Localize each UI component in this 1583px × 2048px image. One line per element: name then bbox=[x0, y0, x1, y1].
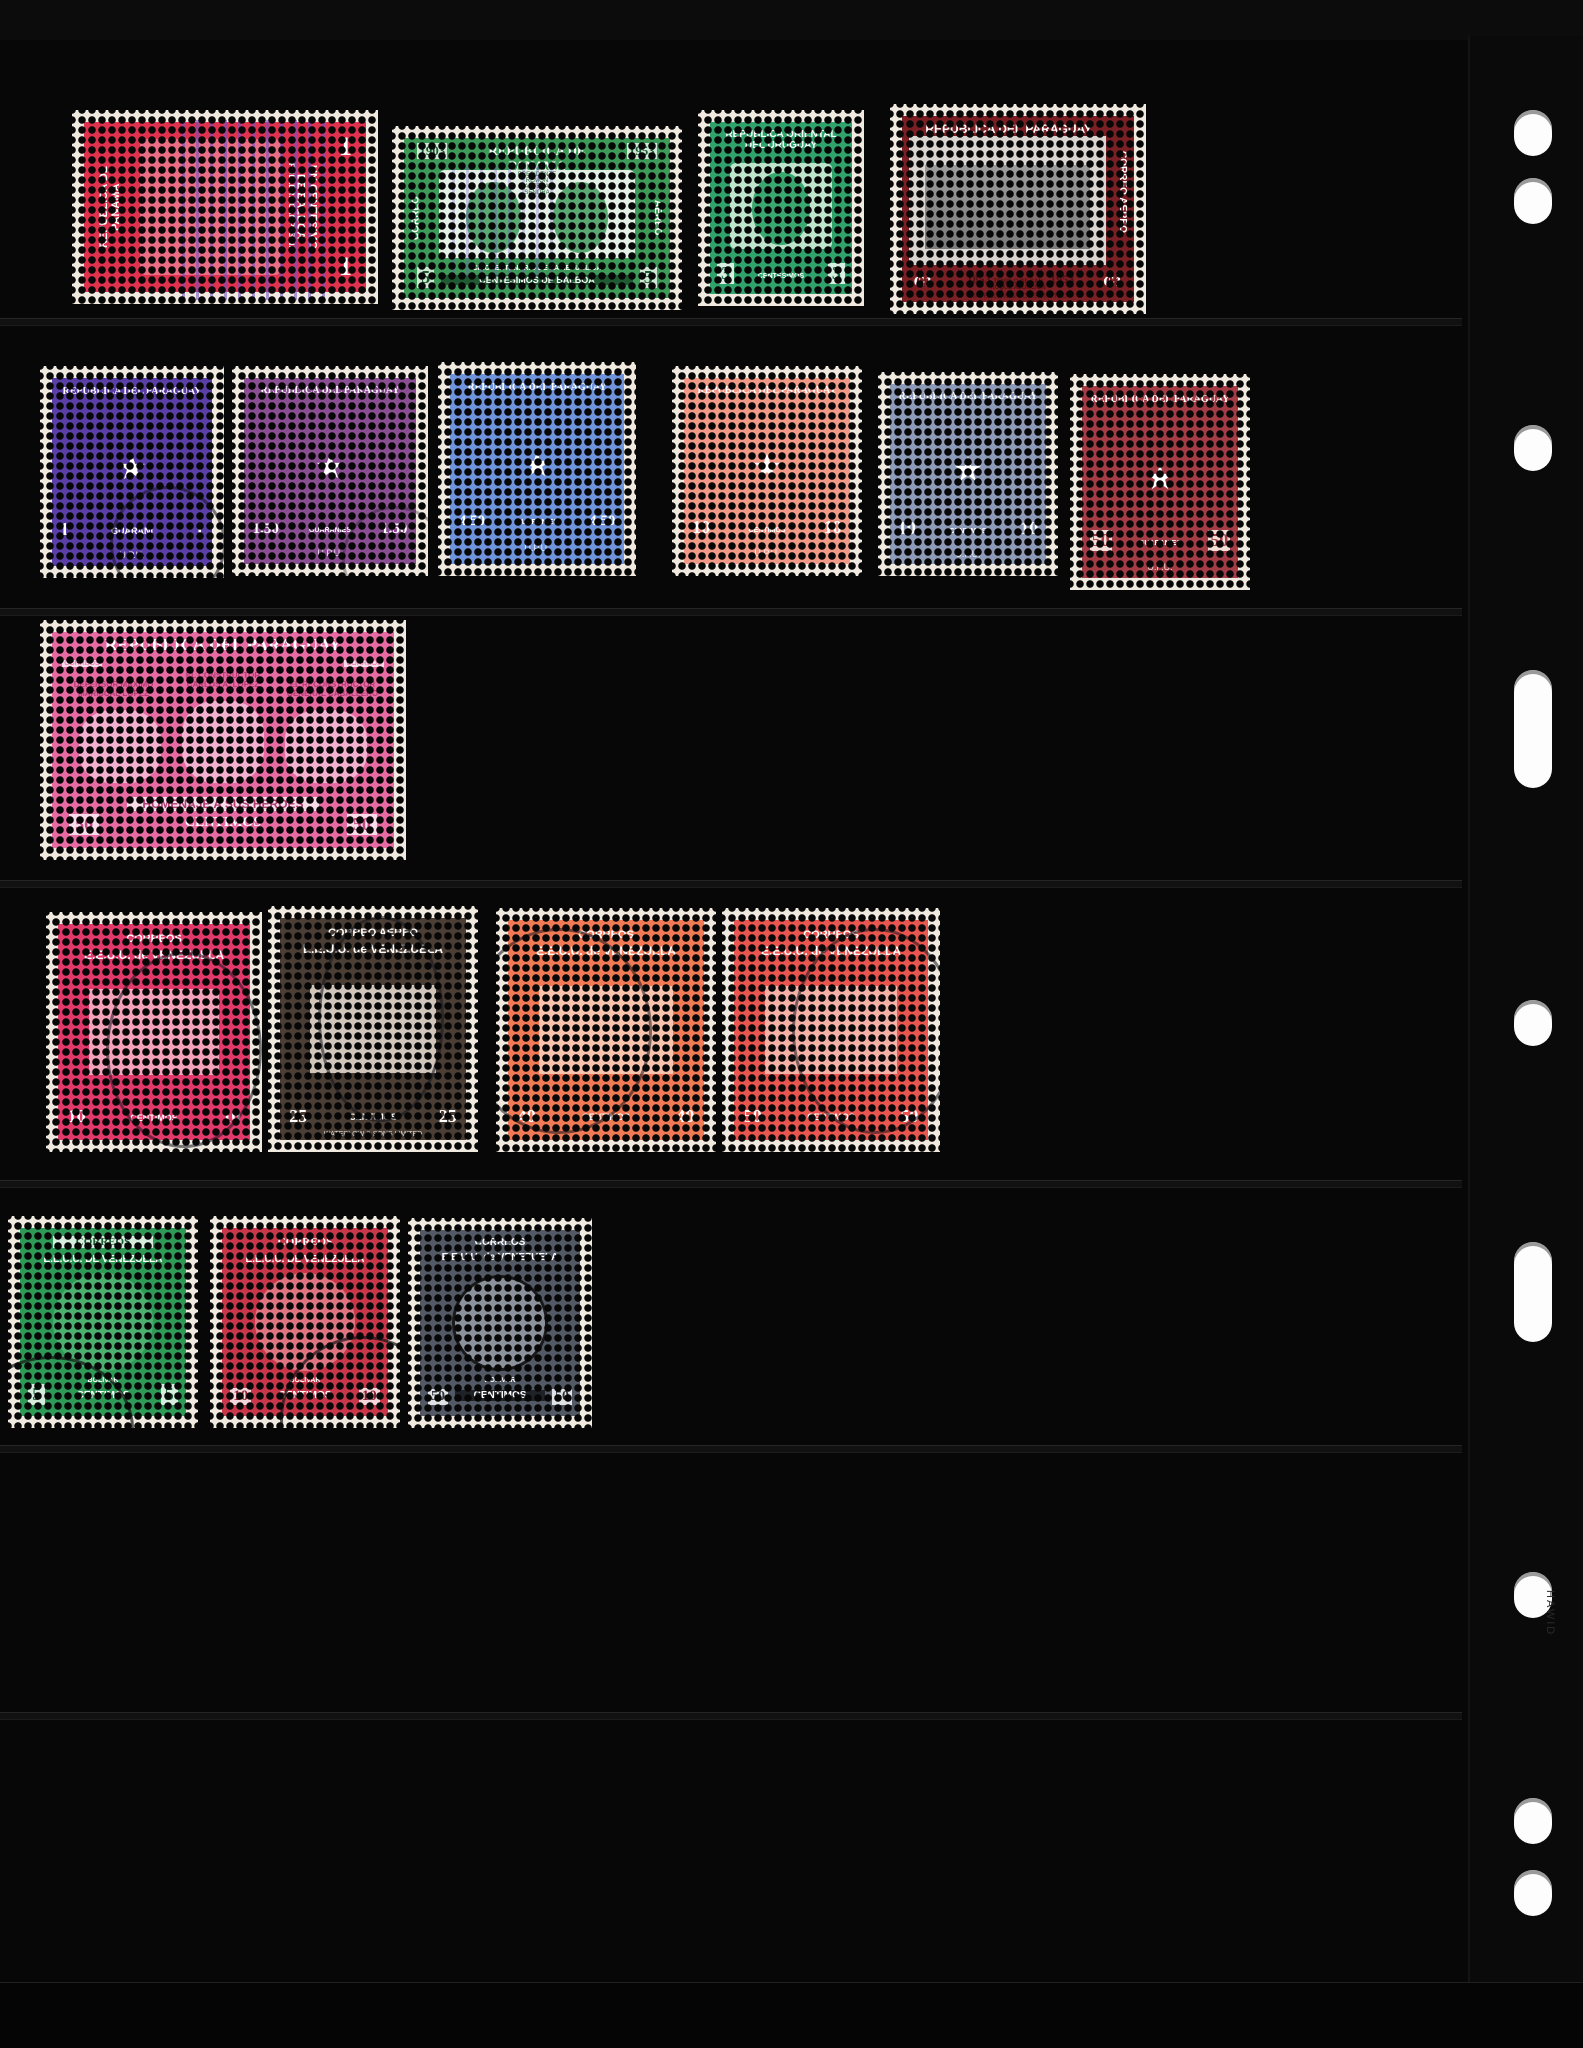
stamp-value: 50 bbox=[428, 1389, 448, 1405]
post-office-illustration bbox=[539, 986, 672, 1074]
stamp-side-right: AEREO bbox=[651, 170, 665, 266]
stamp-value: 1 bbox=[195, 519, 204, 540]
stamp-country: E.E.U.U. de VENEZUELA bbox=[66, 948, 243, 962]
stamp-paraguay-10c-grey[interactable]: REPUBLICA DEL PARAGUAY ★ 10 10 CENTIMOS … bbox=[878, 372, 1058, 576]
stamp-value: 3 bbox=[717, 263, 734, 284]
stamp-paraguay-10c-salmon[interactable]: REPUBLICA DEL PARAGUAY ★ 10 10 CENTIMOS … bbox=[672, 366, 862, 576]
stamp-subtitle: CINCUENTENARIO DE LA REPUBLICA bbox=[441, 265, 633, 272]
stamp-value: 5 bbox=[417, 267, 434, 288]
portrait-bolivar bbox=[452, 1275, 548, 1372]
stamp-name: BOLIVAR bbox=[455, 1377, 545, 1384]
strip-divider bbox=[0, 318, 1462, 326]
stamp-caption: PRESIDENTE REMON CANTERA Y SEÑORA bbox=[513, 172, 560, 196]
strip-divider bbox=[0, 1445, 1462, 1453]
stamp-value: 1.50 bbox=[253, 521, 279, 538]
stamp-design: CORREOS E.E.U.U. DE VENEZUELA BOLIVAR 10… bbox=[222, 1228, 388, 1416]
stamp-venezuela-40c[interactable]: CORREOS E.E.U.U. de VENEZUELA 40 40 CENT… bbox=[496, 908, 716, 1152]
stamp-country: E.E.U.U. de VENEZUELA bbox=[516, 944, 696, 958]
stamp-value: ₲1 bbox=[1103, 274, 1122, 291]
stamp-value: 10 bbox=[1020, 518, 1038, 539]
stamp-design: REPUBLICA DE PANAMA 1903 1953 CORREO AER… bbox=[404, 138, 670, 298]
stamp-paraguay-1g[interactable]: REPUBLICA DEL PARAGUAY ★ 1 1 GUARANI U.P… bbox=[40, 366, 224, 578]
stamp-value: 10 bbox=[222, 1106, 240, 1127]
stamp-design: REPUBLICA DEL PARAGUAY ★ 1.50 1.50 GUARA… bbox=[244, 378, 416, 564]
stamp-uruguay-3c[interactable]: REPUBLICA ORIENTAL DEL URUGUAY 3 3 CENTE… bbox=[698, 110, 864, 306]
stamp-country: REPUBLICA DEL PARAGUAY bbox=[911, 123, 1106, 136]
stamp-side-left: CORREO bbox=[409, 170, 423, 266]
stamp-line1: CORREOS bbox=[426, 1237, 573, 1248]
stamp-design: REPUBLICA DEL PARAGUAY ★ 10 10 CENTIMOS … bbox=[684, 378, 850, 564]
stamp-currency: CENTIMOS bbox=[924, 528, 1011, 535]
stamp-value: 50 bbox=[744, 1106, 762, 1127]
stamp-design: CORREO AEREO E.E.U.U. de VENEZUELA 25 25… bbox=[280, 918, 466, 1140]
stamp-line1: CORREOS bbox=[229, 1236, 382, 1248]
stamp-name: BOLIVAR bbox=[57, 1377, 150, 1384]
stamp-currency: GUARANIES bbox=[282, 527, 378, 534]
stamp-value: 1 bbox=[60, 519, 69, 540]
panel-caption: DEFENSOR MAXIMO MARISCAL LOPEZ bbox=[62, 680, 165, 698]
stamp-design: REPUBLICA DEL PARAGUAY U.P.U. CORREO AER… bbox=[902, 116, 1134, 302]
stamp-venezuela-50c[interactable]: CORREOS E.E.U.U. de VENEZUELA 50 50 CENT… bbox=[722, 908, 940, 1152]
binder-hole-icon bbox=[1514, 178, 1552, 224]
stamp-venezuela-bolivar-10c[interactable]: CORREOS E.E.U.U. DE VENEZUELA BOLIVAR 10… bbox=[210, 1216, 400, 1428]
binder-hole-icon bbox=[1514, 1000, 1552, 1046]
stamp-currency: CENTIMOS bbox=[455, 1390, 545, 1401]
stamp-design: REPUBLICA DEL PARAGUAY ★ 10 10 CENTIMOS … bbox=[890, 384, 1046, 564]
stamp-currency: CENTIMOS bbox=[127, 815, 319, 831]
stamp-design: REPUBLICA DE PANAMA UN CENTESIMO DE BALB… bbox=[84, 122, 366, 292]
stamp-currency: CENTIMOS bbox=[551, 1112, 661, 1122]
stamp-currency: GUARANIES bbox=[488, 519, 585, 526]
stamp-country: E.E.U.U. DE VENEZUELA bbox=[229, 1254, 382, 1265]
stamp-venezuela-bolivar-50c[interactable]: CORREOS E.E.U.U. de VENEZUELA BOLIVAR 50… bbox=[408, 1218, 592, 1428]
stamp-design: CORREOS E.E.U.U. de VENEZUELA 50 50 CENT… bbox=[734, 920, 928, 1140]
portrait bbox=[182, 701, 264, 783]
stamp-country: REPUBLICA DE PANAMA bbox=[90, 156, 130, 258]
stamp-footer: U.P.U. bbox=[244, 548, 416, 558]
stamp-country: REPUBLICA DEL PARAGUAY bbox=[58, 386, 205, 397]
stamp-value: 5 bbox=[640, 267, 657, 288]
stamp-panama-5c-airmail[interactable]: REPUBLICA DE PANAMA 1903 1953 CORREO AER… bbox=[392, 126, 682, 310]
stamp-currency: CENTIMOS bbox=[100, 1113, 208, 1123]
stamp-year-right: 1953 bbox=[627, 143, 657, 159]
star-icon: ★ bbox=[1145, 461, 1175, 495]
stamp-currency: GUARANI bbox=[87, 526, 177, 536]
binder-hole-icon bbox=[1514, 1242, 1552, 1342]
post-office-illustration bbox=[310, 985, 437, 1074]
stamp-name: BOLIVAR bbox=[259, 1377, 352, 1384]
stamp-country: REPUBLICA DEL PARAGUAY bbox=[691, 385, 844, 396]
stamp-line1: CORREOS bbox=[53, 1236, 153, 1248]
stamp-value: 1 bbox=[339, 132, 352, 162]
stamp-value: 4.50 bbox=[459, 513, 485, 530]
strip-divider bbox=[0, 880, 1462, 888]
stamp-value: 10 bbox=[824, 517, 842, 538]
stamp-footer: U.P.U. bbox=[1082, 562, 1238, 572]
portrait bbox=[553, 182, 608, 252]
sheet-imprint: HAWID bbox=[1508, 1590, 1556, 1650]
stamp-footer: U.P.U. bbox=[450, 543, 624, 553]
stock-page: HAWID REPUBLICA DE PANAMA UN CENTESIMO D… bbox=[0, 0, 1583, 2048]
stamp-value: 50 bbox=[347, 814, 377, 835]
binder-hole-icon bbox=[1514, 110, 1552, 156]
stamp-printer: WATERLOW & SONS LIMITED bbox=[902, 293, 1134, 300]
stamp-currency: CENTIMOS bbox=[57, 1390, 150, 1401]
stamp-currency: CENTIMOS bbox=[259, 1390, 352, 1401]
panel-caption: EL RECONSTRUCTOR GENERAL CABALLERO bbox=[281, 680, 384, 698]
stamp-design: CORREOS E.E.U.U. DE VENEZUELA BOLIVAR 5 … bbox=[20, 1228, 186, 1416]
panel-caption: EL CONSTRUCTOR CARLOS A. LOPEZ bbox=[172, 671, 275, 689]
page-bottom-edge bbox=[0, 1982, 1583, 2048]
stamp-country: REPUBLICA DEL PARAGUAY bbox=[1088, 394, 1232, 405]
stamp-paraguay-airmail-upu[interactable]: REPUBLICA DEL PARAGUAY U.P.U. CORREO AER… bbox=[890, 104, 1146, 314]
stamp-footer: U.P.U. bbox=[890, 549, 1046, 559]
stamp-design: CORREOS E.E.U.U. de VENEZUELA 40 40 CENT… bbox=[508, 920, 704, 1140]
star-icon: ★ bbox=[953, 453, 983, 487]
page-top-edge bbox=[0, 0, 1583, 40]
stamp-vignette: PRESIDENTE REMON CANTERA Y SEÑORA bbox=[439, 170, 636, 258]
stamp-country: REPUBLICA DE PANAMA bbox=[463, 144, 612, 173]
binder-hole-icon bbox=[1514, 425, 1552, 471]
stamp-caption: HOMENAJE A SUS HEROES bbox=[127, 797, 319, 811]
binder-hole-icon bbox=[1514, 1870, 1552, 1916]
star-icon: ★ bbox=[315, 450, 345, 484]
stamp-paraguay-1-50g[interactable]: REPUBLICA DEL PARAGUAY ★ 1.50 1.50 GUARA… bbox=[232, 366, 428, 576]
stamp-line1: CORREOS bbox=[516, 929, 696, 941]
star-icon: ★ bbox=[522, 448, 552, 482]
stamp-vignette bbox=[909, 136, 1106, 264]
stamp-corner-text: CORREOS bbox=[62, 660, 101, 667]
portrait-bolivar bbox=[53, 1273, 153, 1371]
stamp-design: CORREOS E.E.U.U. de VENEZUELA 10 10 CENT… bbox=[58, 924, 250, 1140]
stamp-country: REPUBLICA DEL PARAGUAY bbox=[457, 382, 617, 393]
stamp-country: REPUBLICA ORIENTAL DEL URUGUAY bbox=[716, 129, 847, 151]
binder-hole-icon bbox=[1514, 670, 1552, 788]
stamp-design: REPUBLICA DEL PARAGUAY CORREOS CORREOS D… bbox=[52, 632, 394, 848]
stamp-caption: POLLERA CAMPESINA bbox=[284, 156, 298, 258]
stamp-value: 4.50 bbox=[589, 513, 615, 530]
stamp-year-left: 1903 bbox=[417, 143, 447, 159]
binder-hole-icon bbox=[1514, 1798, 1552, 1844]
stamp-value: 25 bbox=[439, 1106, 457, 1127]
stamp-value: ₲1 bbox=[914, 274, 933, 291]
stamp-footer: U.P.U. bbox=[684, 548, 850, 558]
stamp-country: REPUBLICA DEL PARAGUAY bbox=[66, 636, 381, 655]
stamp-value: 5 bbox=[161, 1384, 178, 1405]
stamp-vignette bbox=[140, 139, 281, 275]
stamp-vignette bbox=[730, 163, 832, 249]
stamp-currency: CENTIMOS bbox=[321, 1112, 425, 1122]
portrait bbox=[285, 710, 367, 783]
stamp-value: 50 bbox=[69, 814, 99, 835]
post-office-illustration bbox=[89, 989, 220, 1075]
stamp-value: 10 bbox=[692, 517, 710, 538]
stamp-footer: U.P.U. bbox=[52, 550, 212, 560]
stamp-currency: CENTESIMOS bbox=[741, 273, 821, 280]
stamp-country: E.E.U.U. de VENEZUELA bbox=[742, 944, 921, 958]
stamp-currency: CENTESIMOS DE BALBOA bbox=[441, 275, 633, 285]
strip-divider bbox=[0, 1180, 1462, 1188]
stamp-line1: CORREOS bbox=[66, 933, 243, 945]
stamp-value: 10 bbox=[68, 1106, 86, 1127]
strip-divider bbox=[0, 608, 1462, 616]
stamp-value: 40 bbox=[518, 1106, 536, 1127]
stamp-printer: WATERLOW & SONS LIMITED bbox=[280, 1131, 466, 1138]
post-office-illustration bbox=[765, 986, 897, 1074]
stamp-panama-1c[interactable]: REPUBLICA DE PANAMA UN CENTESIMO DE BALB… bbox=[72, 110, 378, 304]
stamp-venezuela-bolivar-5c[interactable]: CORREOS E.E.U.U. DE VENEZUELA BOLIVAR 5 … bbox=[8, 1216, 198, 1428]
stamp-value: 25 bbox=[289, 1106, 307, 1127]
stamp-value: 50 bbox=[900, 1106, 918, 1127]
strip-divider bbox=[0, 1712, 1462, 1720]
stamp-value: 50 bbox=[552, 1389, 572, 1405]
stamp-design: REPUBLICA DEL PARAGUAY ★ 1 1 GUARANI U.P… bbox=[52, 378, 212, 566]
stamp-paraguay-50g[interactable]: REPUBLICA DEL PARAGUAY ★ 50 50 GUARANIES… bbox=[1070, 374, 1250, 590]
star-icon: ★ bbox=[117, 451, 147, 485]
stamp-side-text: CORREO AEREO bbox=[1115, 123, 1129, 261]
stamp-country: REPUBLICA DEL PARAGUAY bbox=[251, 385, 409, 396]
stamp-value: 10 bbox=[359, 1388, 380, 1405]
stamp-design: CORREOS E.E.U.U. de VENEZUELA BOLIVAR 50… bbox=[420, 1230, 580, 1416]
stamp-country: E.E.U.U. de VENEZUELA bbox=[287, 942, 458, 956]
portrait bbox=[752, 172, 809, 245]
stamp-design: REPUBLICA DEL PARAGUAY ★ 4.50 4.50 GUARA… bbox=[450, 374, 624, 564]
stamp-value: 5 bbox=[28, 1384, 45, 1405]
stamp-currency: CENTIMOS bbox=[777, 1112, 886, 1122]
stamp-currency: GUARANIES bbox=[1116, 540, 1203, 547]
stamp-caption: TEMPLO DE SAN ROQUE ASUNCION bbox=[986, 279, 1051, 291]
stamp-value: 40 bbox=[676, 1106, 694, 1127]
stamp-venezuela-25c-airmail[interactable]: CORREO AEREO E.E.U.U. de VENEZUELA 25 25… bbox=[268, 906, 478, 1152]
stamp-line1: CORREO AEREO bbox=[287, 927, 458, 939]
stamp-country: REPUBLICA DEL PARAGUAY bbox=[896, 391, 1040, 402]
stamp-value: 1.50 bbox=[381, 521, 407, 538]
stamp-line1: CORREOS bbox=[742, 929, 921, 941]
church-illustration bbox=[925, 165, 1091, 250]
stamp-currency: CENTIMOS bbox=[721, 527, 814, 534]
stamp-value: 10 bbox=[898, 518, 916, 539]
portrait bbox=[79, 710, 161, 783]
stamp-value: 3 bbox=[828, 263, 845, 284]
stamp-value: 10 bbox=[230, 1388, 251, 1405]
stamp-value: 50 bbox=[1090, 530, 1112, 551]
portrait-bolivar bbox=[255, 1273, 355, 1371]
stamp-value: 1 bbox=[339, 252, 352, 282]
stamp-value: 50 bbox=[1208, 530, 1230, 551]
stamp-design: REPUBLICA ORIENTAL DEL URUGUAY 3 3 CENTE… bbox=[710, 122, 852, 294]
stamp-country: E.E.U.U. DE VENEZUELA bbox=[27, 1254, 180, 1265]
stamp-paraguay-heroes-50c[interactable]: REPUBLICA DEL PARAGUAY CORREOS CORREOS D… bbox=[40, 620, 406, 860]
stamp-paraguay-4-50g[interactable]: REPUBLICA DEL PARAGUAY ★ 4.50 4.50 GUARA… bbox=[438, 362, 636, 576]
stamp-corner-text: CORREOS bbox=[344, 660, 383, 667]
stamp-country: E.E.U.U. de VENEZUELA bbox=[426, 1252, 573, 1263]
stamp-design: REPUBLICA DEL PARAGUAY ★ 50 50 GUARANIES… bbox=[1082, 386, 1238, 578]
star-icon: ★ bbox=[752, 450, 782, 484]
stamp-venezuela-10c[interactable]: CORREOS E.E.U.U. de VENEZUELA 10 10 CENT… bbox=[46, 912, 262, 1152]
